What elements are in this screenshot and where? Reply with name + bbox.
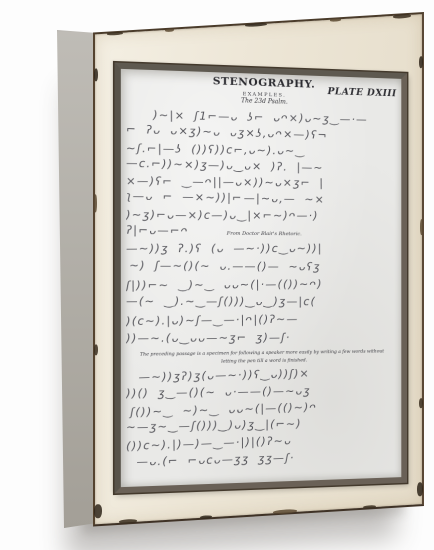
wear-mark	[330, 18, 341, 21]
shorthand-line: )(ϲ~).|ᴗ)~ʃ—‿—·|ᴖ|()ʔ~—	[126, 312, 398, 334]
framed-print-photo: STENOGRAPHY. PLATE DXIII EXAMPLES. The 2…	[0, 0, 434, 550]
wear-mark	[94, 344, 98, 355]
shorthand-section-2: —~))ʒ ʔ.)ʕ (ᴗ —~·))ϲ‿ᴗ~))| ~) ʃ—~()(~ ᴗ.…	[126, 241, 397, 350]
wear-mark	[419, 398, 423, 408]
wear-mark	[419, 56, 423, 68]
wear-mark	[393, 14, 411, 19]
wear-mark	[245, 23, 267, 27]
wear-mark	[94, 504, 102, 518]
frame-opening: STENOGRAPHY. PLATE DXIII EXAMPLES. The 2…	[115, 62, 407, 493]
shorthand-section-1: )~|× ʃ1⌐—ᴗ ʖ⌐ ᴗᴖ×)ᴗ~ʒ‿—·— ⌐ ʔᴗ ᴗ×ʒ)~ᴗ ᴗʒ…	[126, 107, 397, 242]
shorthand-section-3: —~))ʒʔ)ʒ(ᴗ—~·))ʕ‿ᴗ))ʃ)× ))() ʒ‿—()(~ ᴗ·—…	[126, 366, 397, 473]
wear-mark	[420, 219, 424, 235]
wear-mark	[94, 194, 97, 212]
shorthand-line: —(~ ‿).~‿—ʃ()))‿ᴗ‿)ʒ—|ϲ(	[126, 295, 398, 313]
wear-mark	[119, 519, 137, 524]
shorthand-line: ʃ|))⌐~ ‿)~‿ ᴗᴗ~(|·—(())~ᴖ)	[126, 277, 398, 297]
shorthand-line: ))—~.(ᴗ‿ᴗᴗ—~ʒ⌐ ʒ)—ʃ·	[126, 331, 333, 350]
frame-side-panel	[57, 30, 97, 528]
wear-mark	[200, 515, 212, 519]
engraved-plate: STENOGRAPHY. PLATE DXIII EXAMPLES. The 2…	[121, 69, 401, 487]
wear-mark	[273, 509, 297, 514]
wear-mark	[94, 68, 98, 81]
closing-note-line2: letting the pen till a word is finished.	[121, 357, 401, 366]
shorthand-line: ~) ʃ—~()(~ ᴗ.——()— ~ᴗʕʒ	[126, 259, 398, 279]
wear-mark	[165, 29, 174, 33]
shorthand-line: )~ʒ)⌐ᴗ—×)ϲ—)ᴗ‿|×⌐~)ᴖ—·)	[126, 208, 398, 226]
wear-mark	[363, 504, 376, 508]
wear-mark	[417, 482, 423, 496]
wear-mark	[107, 32, 123, 36]
shorthand-line: —~))ʒ ʔ.)ʕ (ᴗ —~·))ϲ‿ᴗ~))|	[126, 242, 398, 260]
